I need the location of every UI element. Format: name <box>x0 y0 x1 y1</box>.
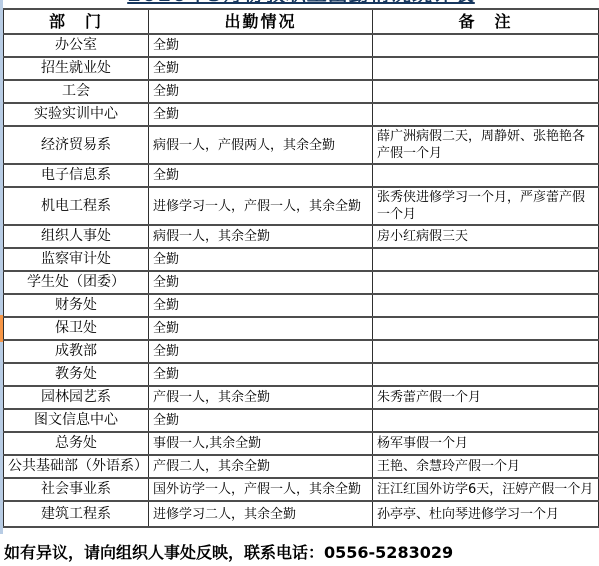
table-row: 保卫处全勤 <box>4 317 599 340</box>
attendance-cell: 全勤 <box>149 103 373 126</box>
attendance-cell: 进修学习二人，其余全勤 <box>149 501 373 527</box>
table-row: 机电工程系进修学习一人，产假一人，其余全勤张秀侠进修学习一个月，严彦蕾产假一个月 <box>4 187 599 225</box>
attendance-cell: 全勤 <box>149 363 373 386</box>
dept-cell: 工会 <box>4 80 149 103</box>
clipped-page-title: 2016年3月份教职工出勤情况统计表 <box>3 0 599 8</box>
page-title: 2016年3月份教职工出勤情况统计表 <box>127 0 475 7</box>
remark-cell <box>373 248 599 271</box>
remark-cell: 朱秀蕾产假一个月 <box>373 386 599 409</box>
attendance-cell: 产假二人，其余全勤 <box>149 455 373 478</box>
dept-cell: 保卫处 <box>4 317 149 340</box>
dept-cell: 成教部 <box>4 340 149 363</box>
dept-cell: 监察审计处 <box>4 248 149 271</box>
attendance-table: 部 门 出勤情况 备 注 办公室全勤招生就业处全勤工会全勤实验实训中心全勤经济贸… <box>3 8 599 528</box>
attendance-cell: 全勤 <box>149 80 373 103</box>
remark-cell: 房小红病假三天 <box>373 225 599 248</box>
dept-cell: 社会事业系 <box>4 478 149 501</box>
remark-cell <box>373 271 599 294</box>
header-department: 部 门 <box>4 9 149 34</box>
table-row: 组织人事处病假一人，其余全勤房小红病假三天 <box>4 225 599 248</box>
table-row: 经济贸易系病假一人，产假两人，其余全勤薛广洲病假二天，周静妍、张艳艳各产假一个月 <box>4 126 599 164</box>
header-attendance: 出勤情况 <box>149 9 373 34</box>
table-row: 招生就业处全勤 <box>4 57 599 80</box>
header-remark: 备 注 <box>373 9 599 34</box>
remark-cell: 薛广洲病假二天，周静妍、张艳艳各产假一个月 <box>373 126 599 164</box>
table-row: 监察审计处全勤 <box>4 248 599 271</box>
attendance-cell: 全勤 <box>149 317 373 340</box>
attendance-cell: 全勤 <box>149 409 373 432</box>
attendance-cell: 全勤 <box>149 340 373 363</box>
table-row: 教务处全勤 <box>4 363 599 386</box>
dept-cell: 实验实训中心 <box>4 103 149 126</box>
dept-cell: 教务处 <box>4 363 149 386</box>
table-header-row: 部 门 出勤情况 备 注 <box>4 9 599 34</box>
table-row: 学生处（团委）全勤 <box>4 271 599 294</box>
dept-cell: 学生处（团委） <box>4 271 149 294</box>
attendance-cell: 全勤 <box>149 164 373 187</box>
dept-cell: 财务处 <box>4 294 149 317</box>
table-row: 总务处事假一人,其余全勤杨军事假一个月 <box>4 432 599 455</box>
dept-cell: 招生就业处 <box>4 57 149 80</box>
remark-cell <box>373 57 599 80</box>
dept-cell: 办公室 <box>4 34 149 57</box>
attendance-cell: 病假一人，其余全勤 <box>149 225 373 248</box>
table-row: 财务处全勤 <box>4 294 599 317</box>
dept-cell: 图文信息中心 <box>4 409 149 432</box>
attendance-cell: 产假一人，其余全勤 <box>149 386 373 409</box>
remark-cell: 王艳、余慧玲产假一个月 <box>373 455 599 478</box>
table-row: 公共基础部（外语系）产假二人，其余全勤王艳、余慧玲产假一个月 <box>4 455 599 478</box>
attendance-cell: 进修学习一人，产假一人，其余全勤 <box>149 187 373 225</box>
table-row: 办公室全勤 <box>4 34 599 57</box>
dept-cell: 园林园艺系 <box>4 386 149 409</box>
attendance-cell: 全勤 <box>149 294 373 317</box>
table-row: 园林园艺系产假一人，其余全勤朱秀蕾产假一个月 <box>4 386 599 409</box>
remark-cell: 孙亭亭、杜向琴进修学习一个月 <box>373 501 599 527</box>
table-row: 建筑工程系进修学习二人，其余全勤孙亭亭、杜向琴进修学习一个月 <box>4 501 599 527</box>
attendance-cell: 病假一人，产假两人，其余全勤 <box>149 126 373 164</box>
table-row: 电子信息系全勤 <box>4 164 599 187</box>
remark-cell: 张秀侠进修学习一个月，严彦蕾产假一个月 <box>373 187 599 225</box>
footer-note: 如有异议，请向组织人事处反映，联系电话：0556-5283029 <box>4 540 596 563</box>
remark-cell <box>373 409 599 432</box>
attendance-cell: 全勤 <box>149 248 373 271</box>
table-row: 图文信息中心全勤 <box>4 409 599 432</box>
attendance-cell: 事假一人,其余全勤 <box>149 432 373 455</box>
table-row: 工会全勤 <box>4 80 599 103</box>
attendance-cell: 全勤 <box>149 271 373 294</box>
table-row: 社会事业系国外访学一人，产假一人，其余全勤汪江红国外访学6天，汪婷产假一个月 <box>4 478 599 501</box>
remark-cell <box>373 363 599 386</box>
attendance-cell: 全勤 <box>149 57 373 80</box>
remark-cell <box>373 164 599 187</box>
dept-cell: 电子信息系 <box>4 164 149 187</box>
dept-cell: 机电工程系 <box>4 187 149 225</box>
remark-cell <box>373 80 599 103</box>
dept-cell: 组织人事处 <box>4 225 149 248</box>
dept-cell: 建筑工程系 <box>4 501 149 527</box>
remark-cell <box>373 34 599 57</box>
remark-cell: 杨军事假一个月 <box>373 432 599 455</box>
remark-cell: 汪江红国外访学6天，汪婷产假一个月 <box>373 478 599 501</box>
remark-cell <box>373 340 599 363</box>
dept-cell: 经济贸易系 <box>4 126 149 164</box>
dept-cell: 公共基础部（外语系） <box>4 455 149 478</box>
table-row: 成教部全勤 <box>4 340 599 363</box>
remark-cell <box>373 294 599 317</box>
table-body: 办公室全勤招生就业处全勤工会全勤实验实训中心全勤经济贸易系病假一人，产假两人，其… <box>4 34 599 527</box>
remark-cell <box>373 317 599 340</box>
attendance-cell: 国外访学一人，产假一人，其余全勤 <box>149 478 373 501</box>
remark-cell <box>373 103 599 126</box>
attendance-cell: 全勤 <box>149 34 373 57</box>
table-row: 实验实训中心全勤 <box>4 103 599 126</box>
dept-cell: 总务处 <box>4 432 149 455</box>
